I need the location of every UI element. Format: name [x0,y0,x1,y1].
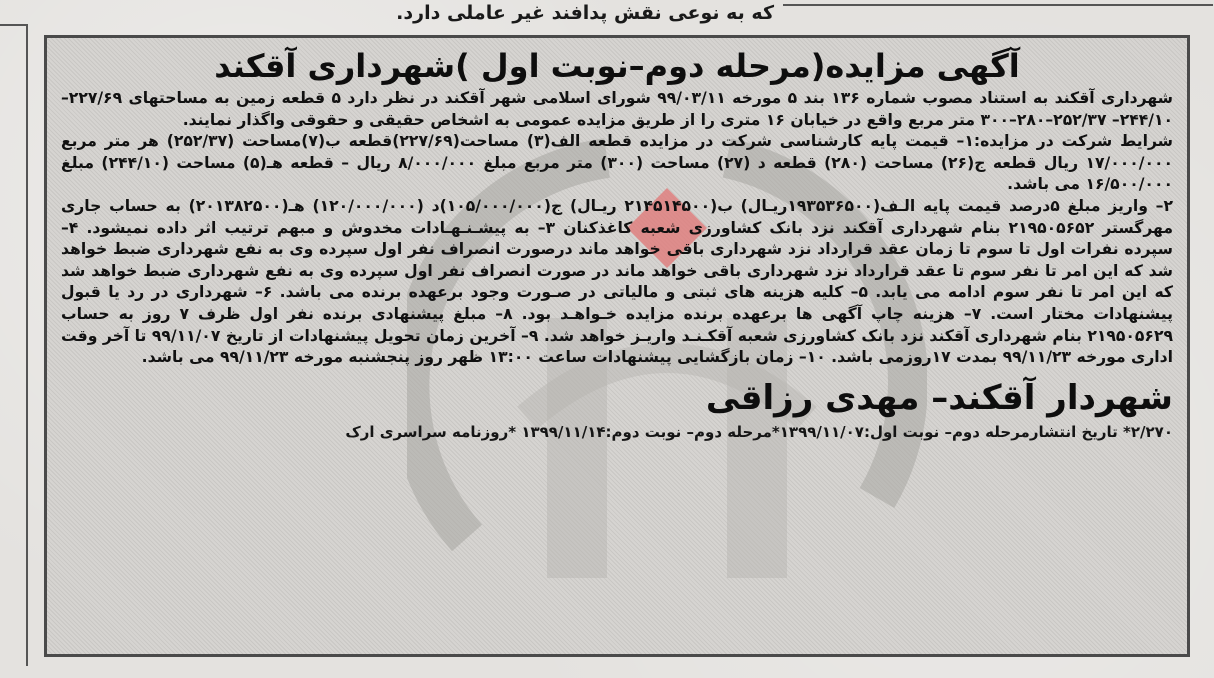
publication-info: ۲/۲۷۰* تاریخ انتشارمرحله دوم– نوبت اول:۱… [61,421,1173,443]
advertisement-title: آگهی مزایده(مرحله دوم–نوبت اول )شهرداری … [61,44,1173,88]
advertisement-condition-1: شرایط شرکت در مزایده:۱– قیمت پایه کارشنا… [61,131,1173,196]
advertisement-condition-2: ۲– واریز مبلغ ۵درصد قیمت پایه الـف(۱۹۳۵۳… [61,196,1173,369]
previous-article-fragment: که به نوعی نقش پدافند غیر عاملی دارد. [0,0,1214,40]
auction-advertisement: آگهی مزایده(مرحله دوم–نوبت اول )شهرداری … [44,35,1190,657]
mayor-signature: شهردار آقکند– مهدی رزاقی [61,375,1173,421]
adjacent-column-border [0,24,28,666]
advertisement-intro: شهرداری آقکند به استناد مصوب شماره ۱۳۶ ب… [61,88,1173,131]
advertisement-body: شهرداری آقکند به استناد مصوب شماره ۱۳۶ ب… [61,88,1173,369]
previous-article-caption: که به نوعی نقش پدافند غیر عاملی دارد. [396,2,774,24]
previous-article-border [783,0,1213,6]
